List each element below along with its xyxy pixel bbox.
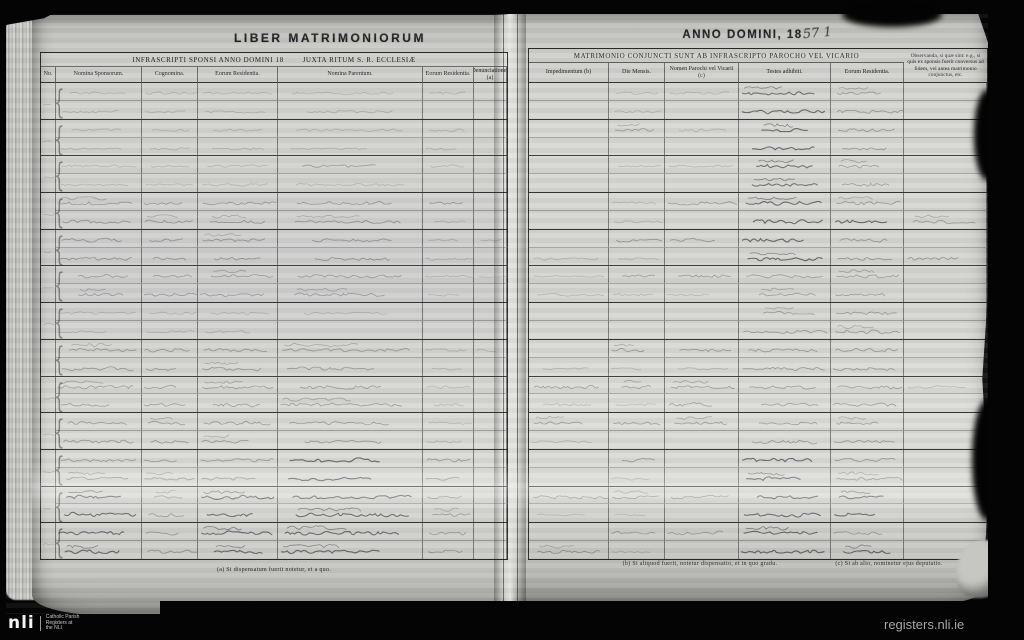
right-register-table: MATRIMONIO CONJUNCTI SUNT AB INFRASCRIPT… bbox=[528, 48, 988, 560]
left-table-banner: INFRASCRIPTI SPONSI ANNO DOMINI 18 JUXTA… bbox=[41, 53, 507, 67]
register-row-group: { bbox=[41, 83, 507, 120]
left-table-header: INFRASCRIPTI SPONSI ANNO DOMINI 18 JUXTA… bbox=[41, 53, 507, 83]
column-header-die-mensis: Die Mensis. bbox=[609, 63, 665, 83]
register-row-group: { bbox=[41, 156, 507, 193]
right-table-header: MATRIMONIO CONJUNCTI SUNT AB INFRASCRIPT… bbox=[529, 49, 987, 83]
register-row-group: { bbox=[41, 523, 507, 559]
column-header-no: No. bbox=[41, 67, 56, 83]
register-row-group bbox=[529, 120, 987, 157]
right-page-title: ANNO DOMINI, 1857 1 bbox=[528, 27, 986, 42]
watermark: registers.nli.ie bbox=[884, 617, 964, 632]
right-table-banner: MATRIMONIO CONJUNCTI SUNT AB INFRASCRIPT… bbox=[529, 49, 904, 63]
column-header-nomen-parochi: Nomen Parochi vel Vicarii (c) bbox=[665, 63, 739, 83]
register-row-group bbox=[529, 303, 987, 340]
register-row-group bbox=[529, 377, 987, 414]
register-row-group bbox=[529, 340, 987, 377]
register-row-group: { bbox=[41, 413, 507, 450]
register-row-group bbox=[529, 83, 987, 120]
column-header-nomina-sponsorum: Nomina Sponsorum. bbox=[56, 67, 142, 83]
register-row-group bbox=[529, 230, 987, 267]
column-header-nomina-parentum: Nomina Parentum. bbox=[278, 67, 423, 83]
right-title-printed: ANNO DOMINI, 18 bbox=[682, 29, 802, 41]
register-row-group bbox=[529, 413, 987, 450]
column-header-denunciationes: Denunciationes (a) bbox=[474, 67, 507, 83]
nli-logo-divider bbox=[40, 616, 41, 631]
register-row-group: { bbox=[41, 450, 507, 487]
register-row-group bbox=[529, 450, 987, 487]
register-row-group: { bbox=[41, 303, 507, 340]
register-scan: LIBER MATRIMONIORUM ANNO DOMINI, 1857 1 … bbox=[0, 0, 1024, 640]
right-footnote-c: (c) Si ab alio, nominetur ejus deputatio… bbox=[804, 561, 974, 567]
column-header-impedimentum: Impedimentum (b) bbox=[529, 63, 609, 83]
register-row-group: { bbox=[41, 487, 507, 524]
register-row-group bbox=[529, 193, 987, 230]
left-footnote: (a) Si dispensatum fuerit notetur, et a … bbox=[40, 567, 508, 573]
register-row-group: { bbox=[41, 377, 507, 414]
left-register-table: INFRASCRIPTI SPONSI ANNO DOMINI 18 JUXTA… bbox=[40, 52, 508, 560]
column-header-eorum-residentia: Eorum Residentia. bbox=[198, 67, 278, 83]
register-row-group bbox=[529, 487, 987, 524]
nli-logo-caption: Catholic Parish Registers at the NLI bbox=[46, 615, 80, 632]
register-row-group: { bbox=[41, 340, 507, 377]
right-rows bbox=[529, 83, 987, 559]
left-rows: {{{{{{{{{{{{{ bbox=[41, 83, 507, 559]
column-header-eorum-residentia-2: Eorum Residentia. bbox=[423, 67, 474, 83]
left-page-title: LIBER MATRIMONIORUM bbox=[100, 31, 560, 45]
register-row-group: { bbox=[41, 266, 507, 303]
black-margin-left bbox=[0, 0, 6, 640]
register-row-group bbox=[529, 156, 987, 193]
register-row-group: { bbox=[41, 230, 507, 267]
column-header-observanda: Observanda, si quæ sint: e.g., si quis e… bbox=[904, 49, 987, 83]
register-row-group bbox=[529, 266, 987, 303]
column-header-cognomina: Cognomina. bbox=[142, 67, 198, 83]
column-header-testes-residentia: Eorum Residentia. bbox=[831, 63, 904, 83]
register-row-group bbox=[529, 523, 987, 559]
black-margin-right bbox=[988, 0, 1024, 640]
column-header-testes: Testes adhibiti. bbox=[739, 63, 831, 83]
torn-edge-top-right bbox=[842, 2, 942, 27]
nli-logo: nli Catholic Parish Registers at the NLI bbox=[8, 615, 79, 632]
register-row-group: { bbox=[41, 193, 507, 230]
register-row-group: { bbox=[41, 120, 507, 157]
nli-logo-glyph: nli bbox=[8, 615, 35, 632]
handwritten-year: 57 1 bbox=[802, 25, 832, 42]
